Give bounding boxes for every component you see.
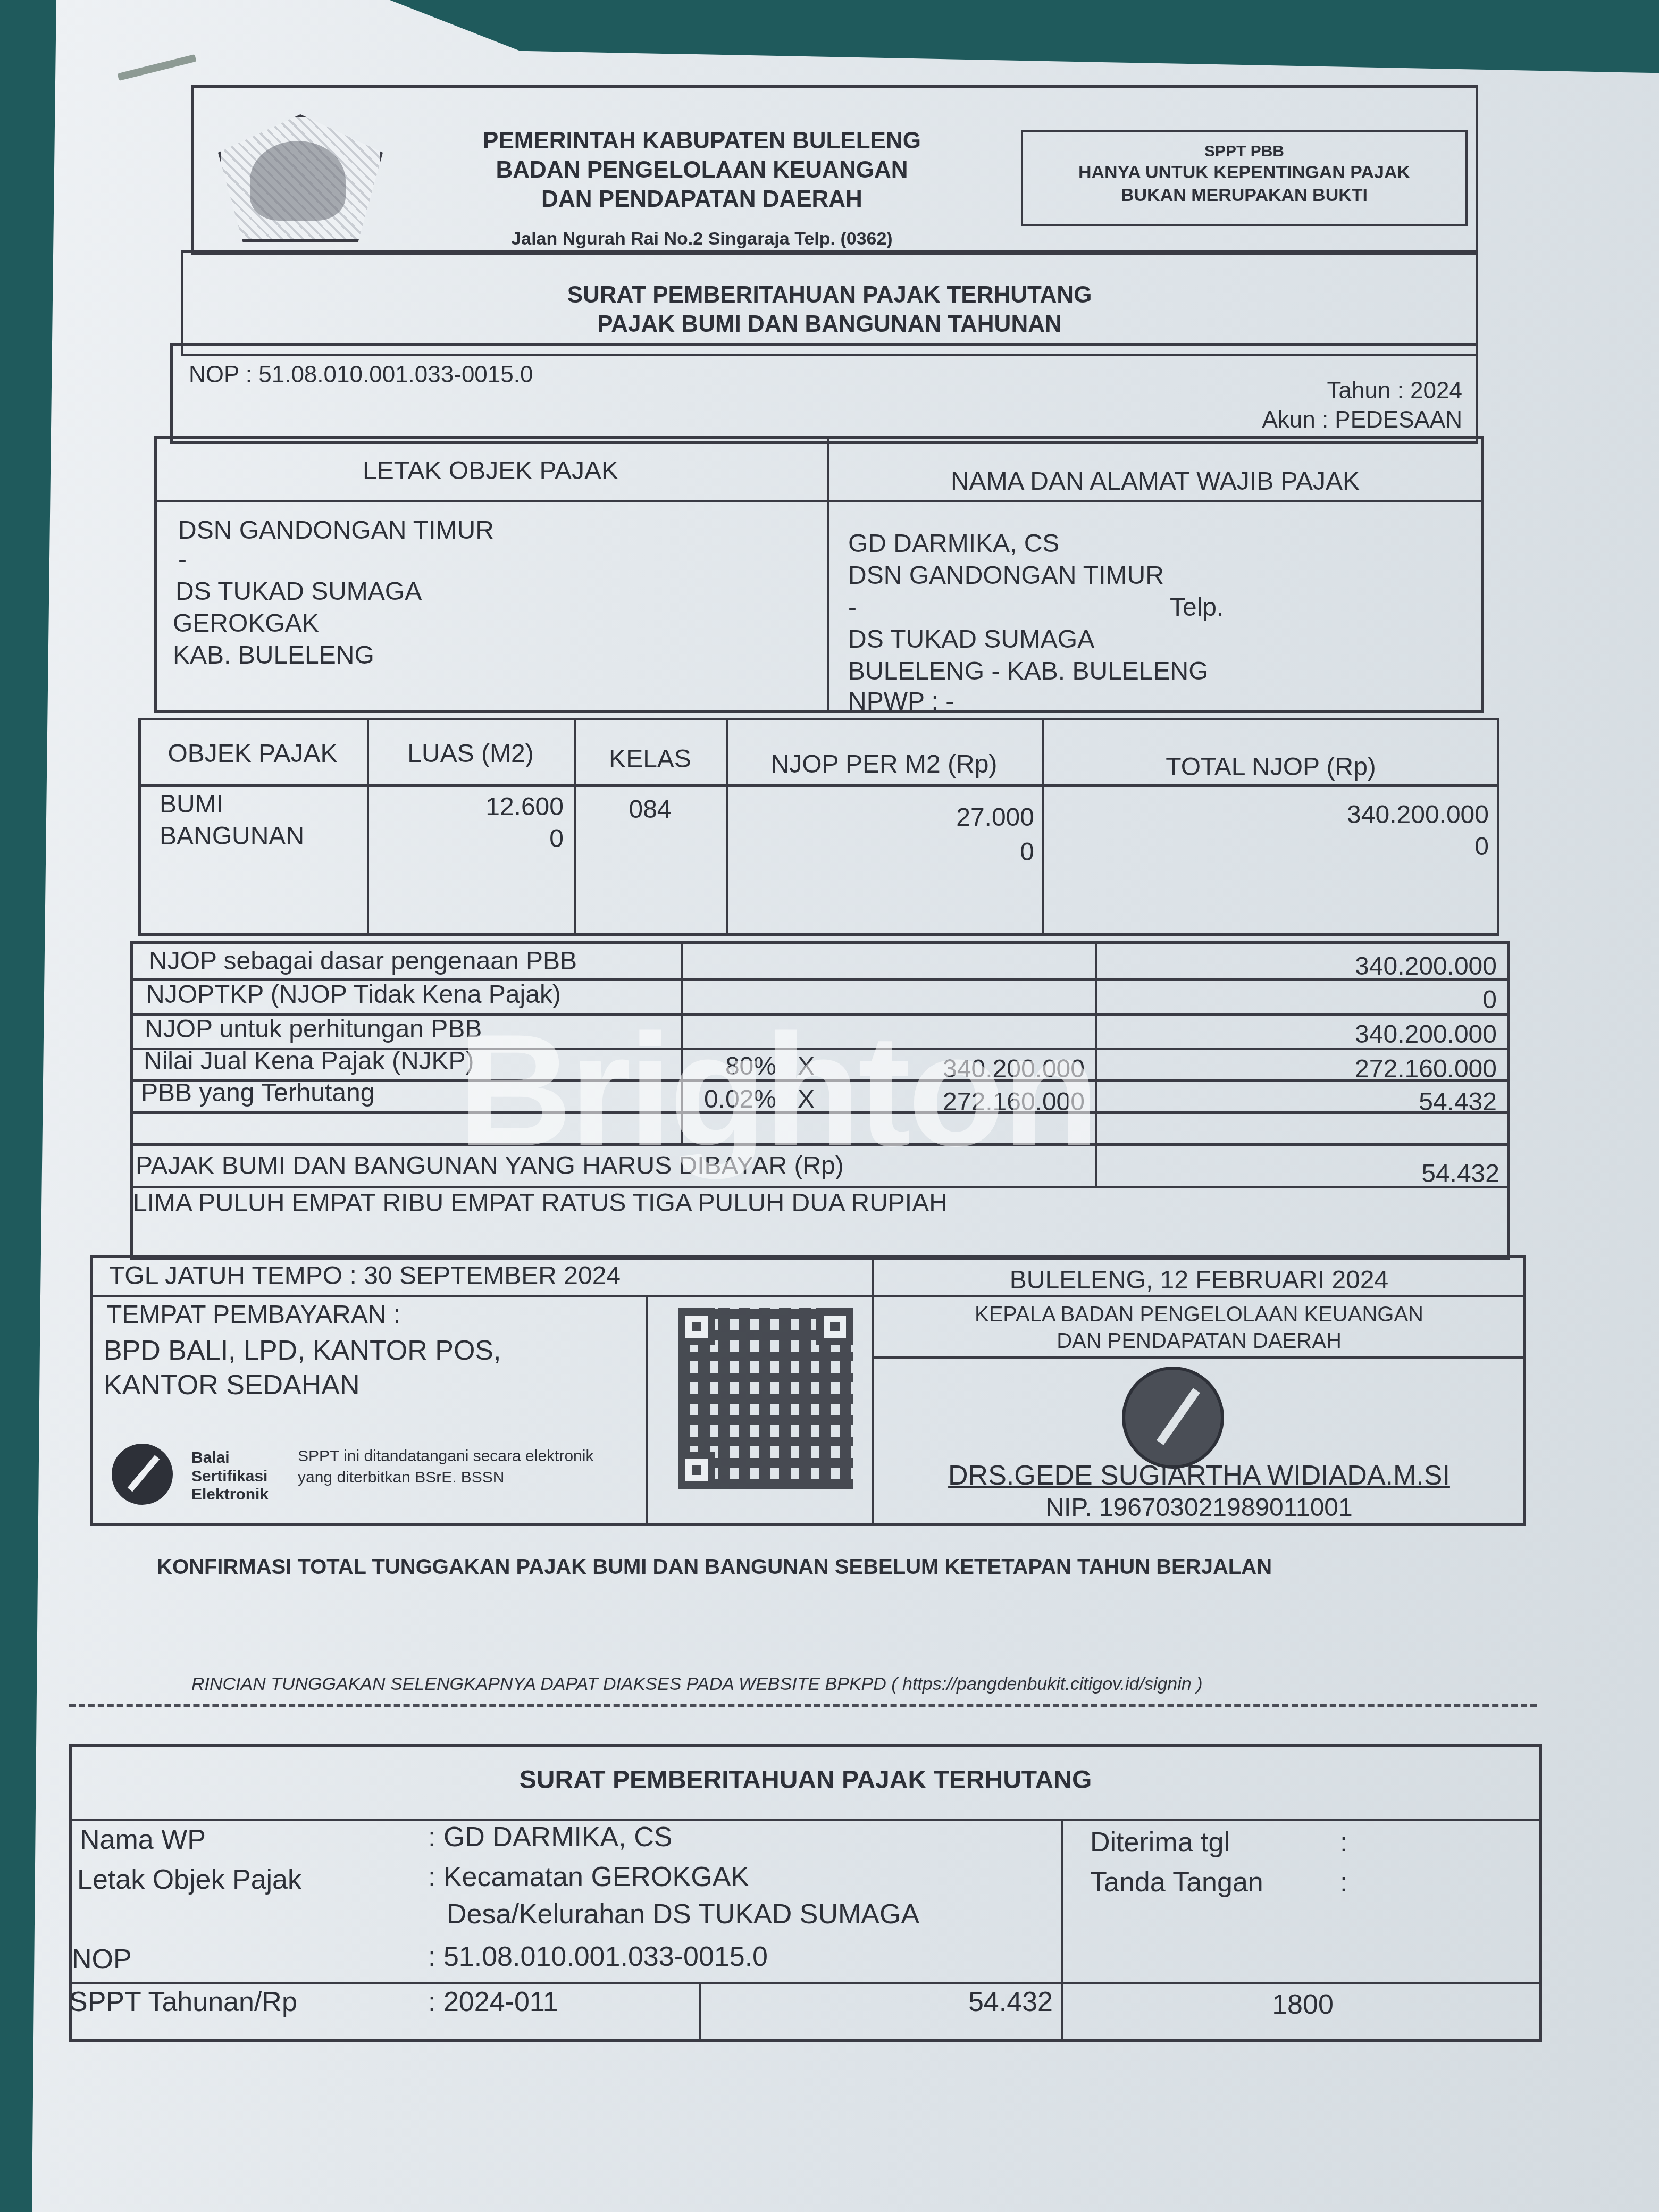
receipt-nop-value: : 51.08.010.001.033-0015.0 xyxy=(428,1941,768,1973)
row-njop-per-m2: 27.000 xyxy=(731,803,1034,832)
letak-line-1: DSN GANDONGAN TIMUR xyxy=(178,516,494,545)
calc-value: 340.200.000 xyxy=(1117,1020,1497,1049)
signature-title-line-1: KEPALA BADAN PENGELOLAAN KEUANGAN xyxy=(872,1303,1526,1327)
letak-line-5: KAB. BULELENG xyxy=(173,641,374,670)
wp-address-2: - xyxy=(848,593,857,622)
calc-label: PBB yang Terhutang xyxy=(141,1078,374,1108)
cut-line xyxy=(69,1704,1537,1707)
calc-value: 54.432 xyxy=(1117,1087,1497,1117)
calc-value: 0 xyxy=(1117,985,1497,1015)
wp-npwp: NPWP : - xyxy=(848,687,954,716)
letak-line-3: DS TUKAD SUMAGA xyxy=(175,577,422,606)
row-luas: 0 xyxy=(372,824,564,853)
th-objek-pajak: OBJEK PAJAK xyxy=(138,739,367,768)
th-njop-per-m2: NJOP PER M2 (Rp) xyxy=(726,750,1042,779)
receipt-letak-value-1: : Kecamatan GEROKGAK xyxy=(428,1861,749,1893)
receipt-title: SURAT PEMBERITAHUAN PAJAK TERHUTANG xyxy=(69,1765,1542,1795)
payment-place-line-1: BPD BALI, LPD, KANTOR POS, xyxy=(104,1335,501,1367)
payment-place-label: TEMPAT PEMBAYARAN : xyxy=(106,1300,400,1329)
agency-line-3: DAN PENDAPATAN DAERAH xyxy=(404,186,1000,213)
receipt-nama-value: : GD DARMIKA, CS xyxy=(428,1821,672,1853)
row-kelas: 084 xyxy=(574,795,726,824)
total-value: 54.432 xyxy=(1117,1159,1499,1188)
agency-address: Jalan Ngurah Rai No.2 Singaraja Telp. (0… xyxy=(404,229,1000,249)
wp-name: GD DARMIKA, CS xyxy=(848,529,1059,558)
akun-value: Akun : PEDESAAN xyxy=(1170,407,1462,433)
bsre-line-1: Balai xyxy=(191,1449,269,1468)
notice-line-3: BUKAN MERUPAKAN BUKTI xyxy=(1021,185,1468,206)
calc-value: 340.200.000 xyxy=(1117,952,1497,981)
agency-line-2: BADAN PENGELOLAAN KEUANGAN xyxy=(404,157,1000,183)
receipt-nama-label: Nama WP xyxy=(80,1824,206,1856)
bsre-line-3: Elektronik xyxy=(191,1486,269,1504)
bsre-seal-icon xyxy=(1122,1367,1224,1469)
receipt-ttd-colon: : xyxy=(1340,1866,1347,1898)
th-kelas: KELAS xyxy=(574,744,726,774)
payment-place-line-2: KANTOR SEDAHAN xyxy=(104,1369,360,1401)
qr-finder-icon xyxy=(678,1308,715,1345)
letak-line-4: GEROKGAK xyxy=(173,609,319,638)
receipt-sppt-extra: 1800 xyxy=(1063,1989,1542,2021)
calc-label: NJOP sebagai dasar pengenaan PBB xyxy=(149,946,577,976)
receipt-diterima-colon: : xyxy=(1340,1826,1347,1858)
title-line-2: PAJAK BUMI DAN BANGUNAN TAHUNAN xyxy=(181,311,1478,338)
nop-value: NOP : 51.08.010.001.033-0015.0 xyxy=(189,362,533,388)
row-luas: 12.600 xyxy=(372,792,564,822)
row-total-njop: 340.200.000 xyxy=(1048,800,1489,829)
wp-telp: Telp. xyxy=(1170,593,1224,622)
wp-address-4: BULELENG - KAB. BULELENG xyxy=(848,657,1209,686)
row-total-njop: 0 xyxy=(1048,832,1489,861)
qr-finder-icon xyxy=(816,1308,853,1345)
rincian-text: RINCIAN TUNGGAKAN SELENGKAPNYA DAPAT DIA… xyxy=(191,1674,1203,1695)
bsre-label: Balai Sertifikasi Elektronik xyxy=(191,1449,269,1504)
th-total-njop: TOTAL NJOP (Rp) xyxy=(1042,752,1499,782)
row-njop-per-m2: 0 xyxy=(731,837,1034,867)
esign-line-1: SPPT ini ditandatangani secara elektroni… xyxy=(298,1447,593,1465)
due-date: TGL JATUH TEMPO : 30 SEPTEMBER 2024 xyxy=(109,1261,621,1291)
wp-address-1: DSN GANDONGAN TIMUR xyxy=(848,561,1164,590)
letak-line-2: - xyxy=(178,545,187,574)
signatory-nip: NIP. 196703021989011001 xyxy=(872,1493,1526,1522)
receipt-sppt-label: SPPT Tahunan/Rp xyxy=(69,1986,297,2018)
signature-place-date: BULELENG, 12 FEBRUARI 2024 xyxy=(872,1266,1526,1295)
receipt-letak-value-2: Desa/Kelurahan DS TUKAD SUMAGA xyxy=(447,1898,919,1930)
signatory-name: DRS.GEDE SUGIARTHA WIDIADA.M.SI xyxy=(872,1460,1526,1492)
notice-line-1: SPPT PBB xyxy=(1021,143,1468,161)
konfirmasi-text: KONFIRMASI TOTAL TUNGGAKAN PAJAK BUMI DA… xyxy=(157,1555,1272,1579)
notice-line-2: HANYA UNTUK KEPENTINGAN PAJAK xyxy=(1021,162,1468,183)
emblem-figure-icon xyxy=(250,141,346,221)
qr-code xyxy=(678,1308,853,1489)
receipt-sppt-code: : 2024-011 xyxy=(428,1986,558,2018)
calc-label: Nilai Jual Kena Pajak (NJKP) xyxy=(144,1046,474,1076)
esign-line-2: yang diterbitkan BSrE. BSSN xyxy=(298,1469,505,1487)
th-luas: LUAS (M2) xyxy=(367,739,574,768)
calc-label: NJOP untuk perhitungan PBB xyxy=(145,1015,482,1044)
qr-finder-icon xyxy=(678,1452,715,1489)
signature-title-line-2: DAN PENDAPATAN DAERAH xyxy=(872,1329,1526,1353)
row-objek: BANGUNAN xyxy=(160,822,304,851)
agency-line-1: PEMERINTAH KABUPATEN BULELENG xyxy=(404,128,1000,154)
receipt-ttd-label: Tanda Tangan xyxy=(1090,1866,1263,1898)
terbilang-text: LIMA PULUH EMPAT RIBU EMPAT RATUS TIGA P… xyxy=(133,1188,948,1218)
wajib-pajak-heading: NAMA DAN ALAMAT WAJIB PAJAK xyxy=(827,467,1484,496)
bsre-logo-icon xyxy=(112,1444,173,1505)
receipt-diterima-label: Diterima tgl xyxy=(1090,1826,1230,1858)
brighton-watermark: Brighton xyxy=(457,1010,1096,1170)
tahun-value: Tahun : 2024 xyxy=(1170,378,1462,404)
receipt-letak-label: Letak Objek Pajak xyxy=(77,1864,301,1896)
wp-address-3: DS TUKAD SUMAGA xyxy=(848,625,1094,654)
receipt-nop-label: NOP xyxy=(72,1943,132,1975)
calc-value: 272.160.000 xyxy=(1117,1054,1497,1084)
row-objek: BUMI xyxy=(160,790,223,819)
letak-objek-heading: LETAK OBJEK PAJAK xyxy=(154,456,827,485)
title-line-1: SURAT PEMBERITAHUAN PAJAK TERHUTANG xyxy=(181,282,1478,308)
bsre-line-2: Sertifikasi xyxy=(191,1468,269,1486)
receipt-sppt-amount: 54.432 xyxy=(707,1986,1053,2018)
